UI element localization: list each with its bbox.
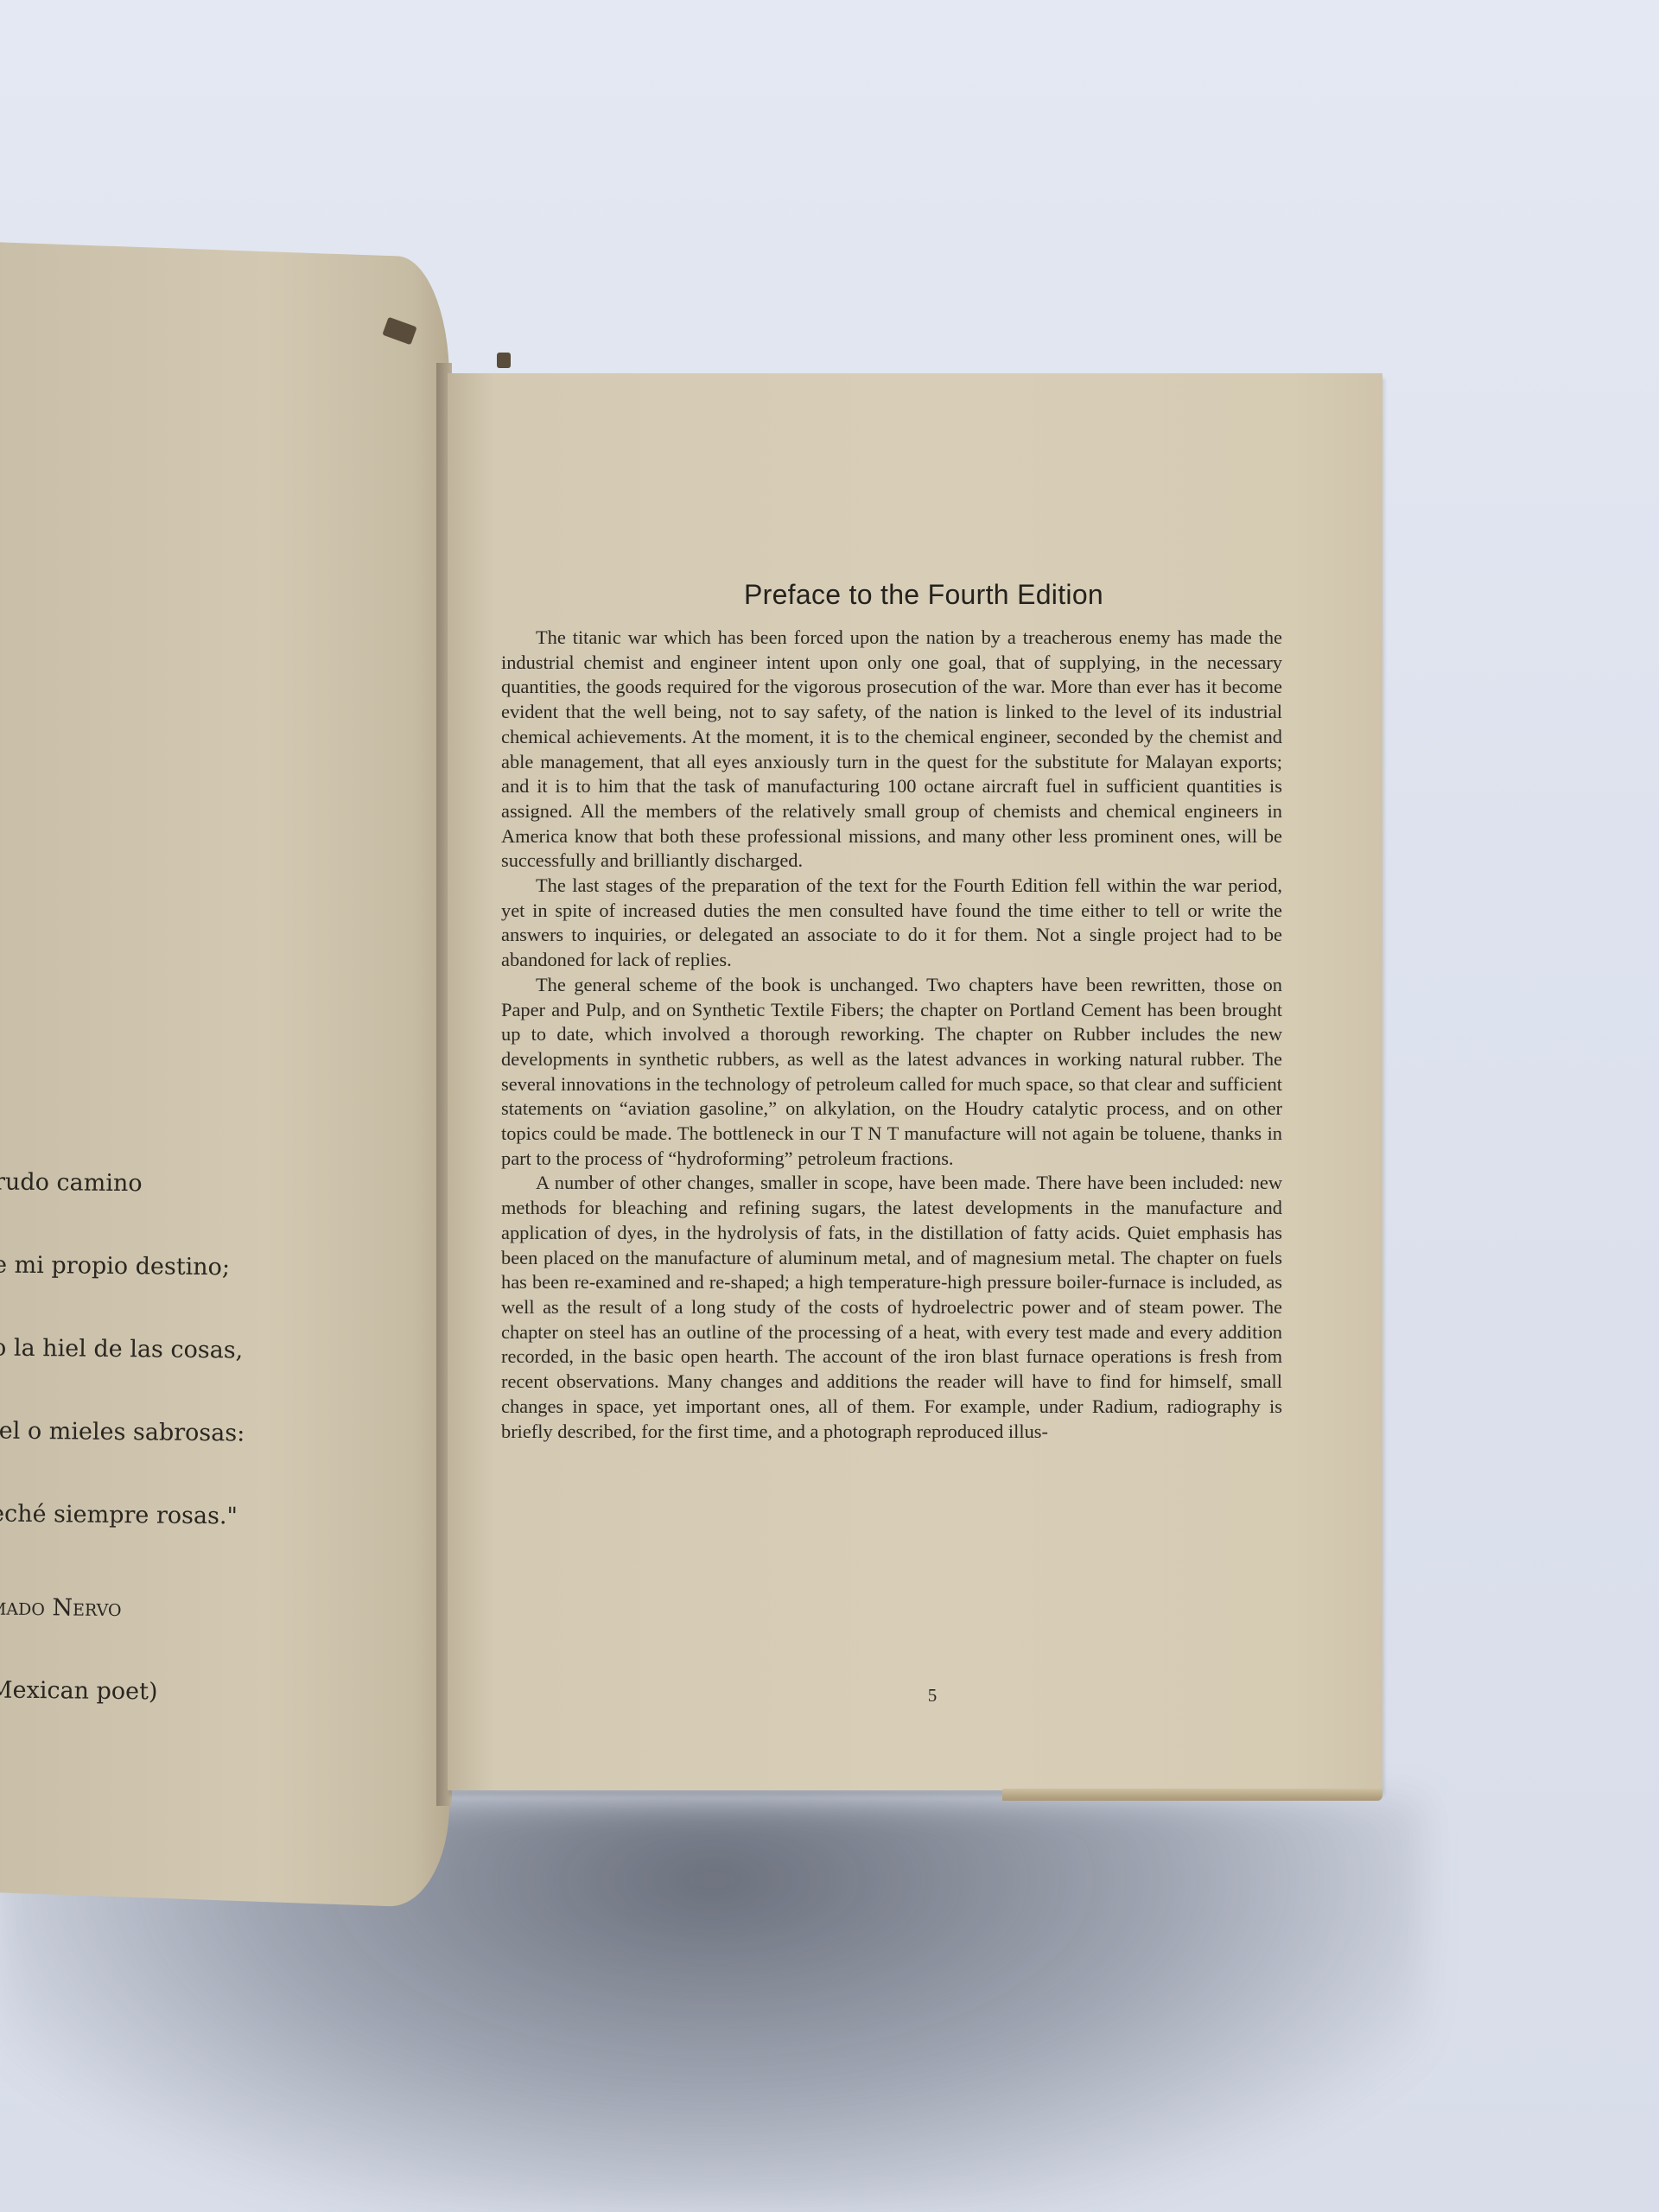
poem-excerpt: rudo camino e mi propio destino; o la hi… xyxy=(0,1113,248,1762)
page-title: Preface to the Fourth Edition xyxy=(448,579,1382,611)
binding-fragment xyxy=(497,353,511,368)
right-page: Preface to the Fourth Edition The titani… xyxy=(448,373,1382,1790)
poem-line: o la hiel de las cosas, xyxy=(0,1334,245,1364)
page-edges xyxy=(1002,1789,1382,1801)
poem-line: rudo camino xyxy=(0,1168,247,1198)
left-page-content: rudo camino e mi propio destino; o la hi… xyxy=(0,251,441,1884)
page-number: 5 xyxy=(448,1685,1382,1707)
paragraph: The general scheme of the book is unchan… xyxy=(501,973,1282,1172)
poem-line: eché siempre rosas." xyxy=(0,1500,244,1530)
preface-body: The titanic war which has been forced up… xyxy=(501,626,1282,1444)
poem-author-note: Mexican poet) xyxy=(0,1676,242,1707)
poem-line: iel o mieles sabrosas: xyxy=(0,1417,245,1447)
poem-line: e mi propio destino; xyxy=(0,1251,246,1281)
paragraph: The titanic war which has been forced up… xyxy=(501,626,1282,874)
poem-author: mado Nervo xyxy=(0,1593,243,1624)
paragraph: The last stages of the preparation of th… xyxy=(501,874,1282,973)
paragraph: A number of other changes, smaller in sc… xyxy=(501,1171,1282,1444)
